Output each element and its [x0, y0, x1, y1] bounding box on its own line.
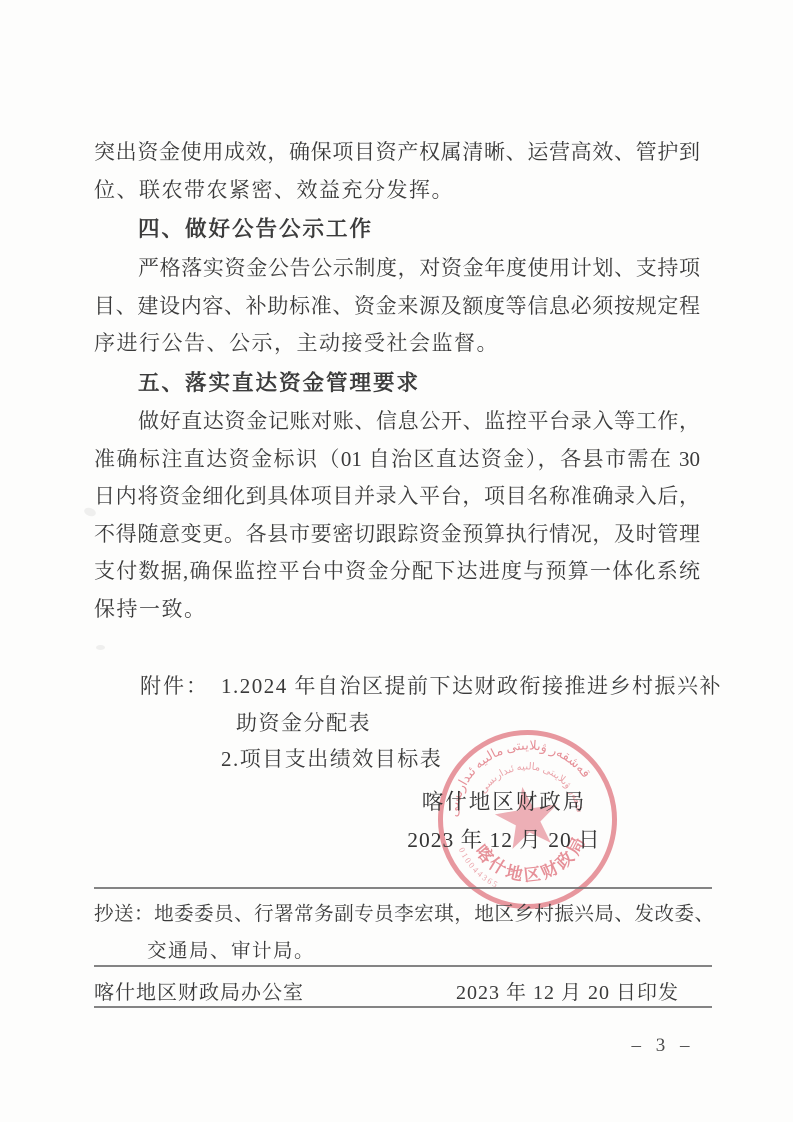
signature-org: 喀什地区财政局 [377, 785, 631, 816]
body-line: 保持一致。 [94, 591, 700, 629]
divider-rule-middle [94, 965, 712, 967]
body-line: 位、联农带农紧密、效益充分发挥。 [94, 172, 700, 210]
paragraph-section-4: 严格落实资金公告公示制度，对资金年度使用计划、支持项 目、建设内容、补助标准、资… [94, 250, 712, 363]
attachment-item: 1.2024 年自治区提前下达财政衔接推进乡村振兴补 [221, 668, 722, 705]
body-line: 日内将资金细化到具体项目并录入平台，项目名称准确录入后， [94, 478, 700, 516]
footer-row: 喀什地区财政局办公室 2023 年 12 月 20 日印发 [94, 976, 679, 1005]
body-line: 目、建设内容、补助标准、资金来源及额度等信息必须按规定程 [94, 288, 700, 326]
scan-artifact [96, 645, 105, 650]
cc-line: 抄送：地委委员、行署常务副专员李宏琪，地区乡村振兴局、发改委、 [94, 896, 714, 933]
body-line: 严格落实资金公告公示制度，对资金年度使用计划、支持项 [94, 250, 700, 288]
divider-rule-bottom [94, 1006, 712, 1008]
signature-date: 2023 年 12 月 20 日 [377, 823, 631, 854]
body-line: 支付数据,确保监控平台中资金分配下达进度与预算一体化系统 [94, 553, 700, 591]
heading-section-5: 五、落实直达资金管理要求 [94, 368, 712, 398]
page-number: – 3 – [608, 1035, 718, 1057]
body-line: 不得随意变更。各县市要密切跟踪资金预算执行情况，及时管理 [94, 516, 700, 554]
body-line: 序进行公告、公示，主动接受社会监督。 [94, 325, 700, 363]
cc-block: 抄送：地委委员、行署常务副专员李宏琪，地区乡村振兴局、发改委、 交通局、审计局。 [94, 896, 714, 970]
body-line: 做好直达资金记账对账、信息公开、监控平台录入等工作， [94, 403, 700, 441]
body-line: 突出资金使用成效，确保项目资产权属清晰、运营高效、管护到 [94, 134, 700, 172]
footer-issuer: 喀什地区财政局办公室 [94, 976, 304, 1005]
paragraph-continuation: 突出资金使用成效，确保项目资产权属清晰、运营高效、管护到 位、联农带农紧密、效益… [94, 134, 712, 209]
cc-label: 抄送： [94, 904, 154, 925]
cc-recipients: 地委委员、行署常务副专员李宏琪，地区乡村振兴局、发改委、 [154, 904, 714, 925]
footer-print-date: 2023 年 12 月 20 日印发 [456, 976, 679, 1005]
document-page: 突出资金使用成效，确保项目资产权属清晰、运营高效、管护到 位、联农带农紧密、效益… [0, 0, 793, 1122]
divider-rule-top [94, 887, 712, 889]
paragraph-section-5: 做好直达资金记账对账、信息公开、监控平台录入等工作， 准确标注直达资金标识（01… [94, 403, 712, 629]
heading-section-4: 四、做好公告公示工作 [94, 214, 712, 244]
body-line: 准确标注直达资金标识（01 自治区直达资金），各县市需在 30 [94, 441, 700, 479]
attachment-label: 附件： [140, 668, 209, 778]
